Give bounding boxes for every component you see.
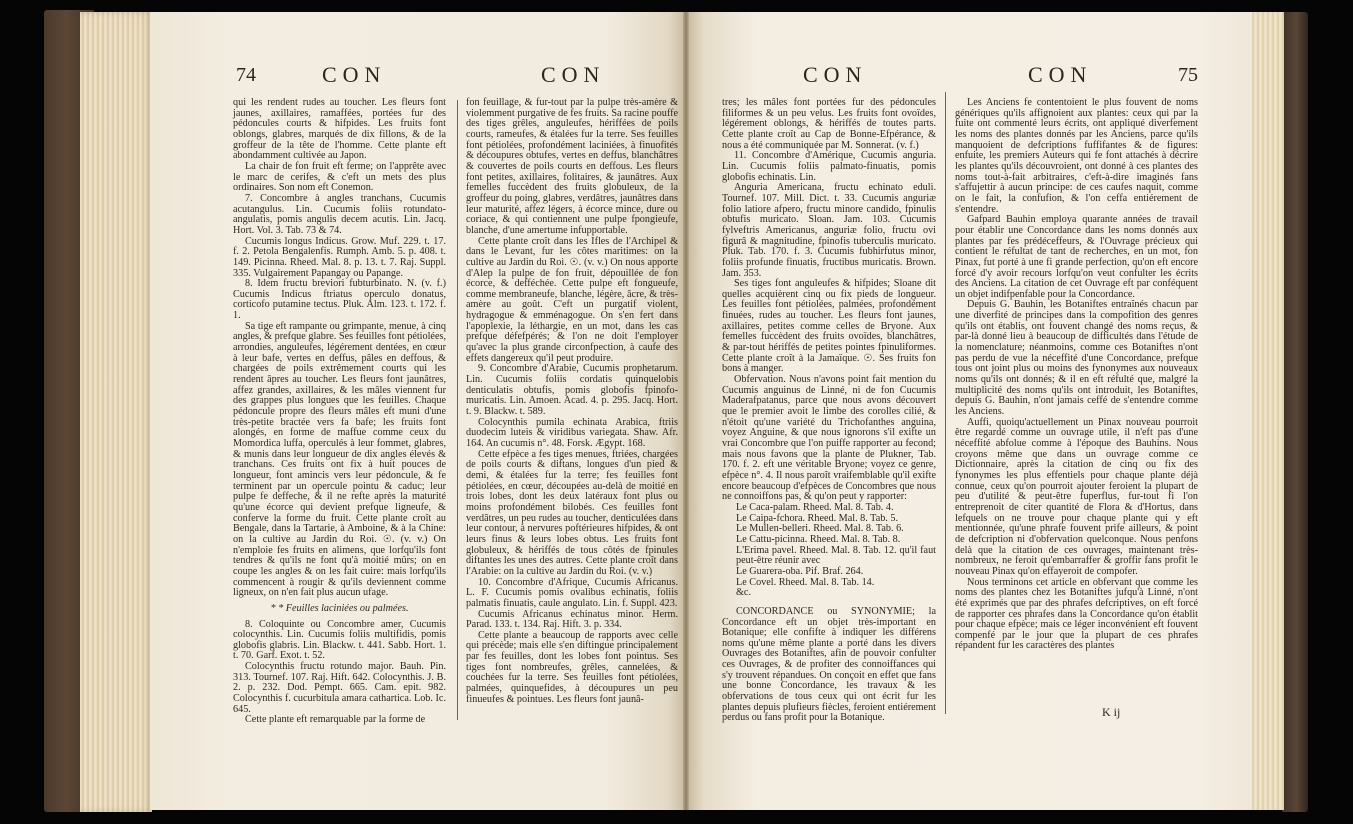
- paragraph: tres; les mâles font portées fur des péd…: [722, 98, 936, 151]
- paragraph: Sa tige eft rampante ou grimpante, menue…: [233, 322, 446, 599]
- signature-mark: K ij: [1102, 705, 1120, 720]
- list-item: &c.: [736, 588, 936, 599]
- paragraph: Cucumis longus Indicus. Grow. Muf. 229. …: [233, 237, 446, 280]
- page-number-left: 74: [236, 64, 256, 87]
- list-item: Le Guarera-oba. Pif. Braf. 264.: [736, 567, 936, 578]
- paragraph: Ses tiges font anguleufes & hifpides; Sl…: [722, 279, 936, 375]
- page-number-right: 75: [1178, 64, 1198, 87]
- paragraph: Nous terminons cet article en obfervant …: [955, 578, 1198, 653]
- paragraph: Auffi, quoiqu'actuellement un Pinax nouv…: [955, 418, 1198, 578]
- paragraph: Depuis G. Bauhin, les Botaniftes entraîn…: [955, 300, 1198, 417]
- paragraph: Obfervation. Nous n'avons point fait men…: [722, 375, 936, 503]
- running-head-left-col2: CON: [541, 62, 605, 88]
- paragraph: 10. Concombre d'Afrique, Cucumis African…: [466, 578, 678, 610]
- page-stack-right: [1250, 12, 1284, 810]
- column-rule-left: [457, 100, 458, 720]
- list-item: Le Cattu-picinna. Rheed. Mal. 8. Tab. 8.: [736, 535, 936, 546]
- book-cover-right: [1282, 12, 1308, 812]
- text-column-right-2: Les Anciens fe contentoient le plus fouv…: [955, 98, 1198, 652]
- paragraph: 11. Concombre d'Amérique, Cucumis anguri…: [722, 151, 936, 183]
- text-column-right-1: tres; les mâles font portées fur des péd…: [722, 98, 936, 724]
- list-item: Le Covel. Rheed. Mal. 8. Tab. 14.: [736, 578, 936, 589]
- running-head-right-col1: CON: [803, 62, 867, 88]
- page-stack-left: [80, 12, 152, 812]
- paragraph: qui les rendent rudes au toucher. Les fl…: [233, 98, 446, 162]
- running-head-left-col1: CON: [322, 62, 386, 88]
- paragraph: Cette plante a beaucoup de rapports avec…: [466, 631, 678, 706]
- column-rule-right: [945, 92, 946, 714]
- text-column-left-2: fon feuillage, & fur-tout par la pulpe t…: [466, 98, 678, 705]
- paragraph: Cette efpèce a fes tiges menues, ftriées…: [466, 450, 678, 578]
- paragraph: Gafpard Bauhin employa quarante années d…: [955, 215, 1198, 300]
- paragraph: Colocynthis fructu rotundo major. Bauh. …: [233, 662, 446, 715]
- paragraph: Cette plante eft remarquable par la form…: [233, 715, 446, 726]
- paragraph: 7. Concombre à angles tranchans, Cucumis…: [233, 194, 446, 237]
- entry-concordance: CONCORDANCE ou SYNONYMIE; la Concordance…: [722, 607, 936, 724]
- paragraph: 8. Idem fructu breviori fubturbinato. N.…: [233, 279, 446, 322]
- section-heading: * * Feuilles laciniées ou palmées.: [233, 604, 446, 615]
- running-head-right-col2: CON: [1028, 62, 1092, 88]
- text-column-left-1: qui les rendent rudes au toucher. Les fl…: [233, 98, 446, 726]
- paragraph: 8. Coloquinte ou Concombre amer, Cucumis…: [233, 620, 446, 663]
- paragraph: Cette plante croît dans les Ifles de l'A…: [466, 237, 678, 365]
- paragraph: fon feuillage, & fur-tout par la pulpe t…: [466, 98, 678, 237]
- list-item: Le Caca-palam. Rheed. Mal. 8. Tab. 4.: [736, 503, 936, 514]
- paragraph: Anguria Americana, fructu echinato eduli…: [722, 183, 936, 279]
- list-item: L'Erima pavel. Rheed. Mal. 8. Tab. 12. q…: [736, 546, 936, 567]
- species-list: Le Caca-palam. Rheed. Mal. 8. Tab. 4. Le…: [736, 503, 936, 599]
- book-gutter: [683, 12, 689, 810]
- paragraph: Colocynthis pumila echinata Arabica, ftr…: [466, 418, 678, 450]
- paragraph: 9. Concombre d'Arabie, Cucumis prophetar…: [466, 364, 678, 417]
- paragraph: Cucumis Africanus echinatus minor. Herm.…: [466, 610, 678, 631]
- paragraph: La chair de fon fruit eft ferme; on l'ap…: [233, 162, 446, 194]
- paragraph: Les Anciens fe contentoient le plus fouv…: [955, 98, 1198, 215]
